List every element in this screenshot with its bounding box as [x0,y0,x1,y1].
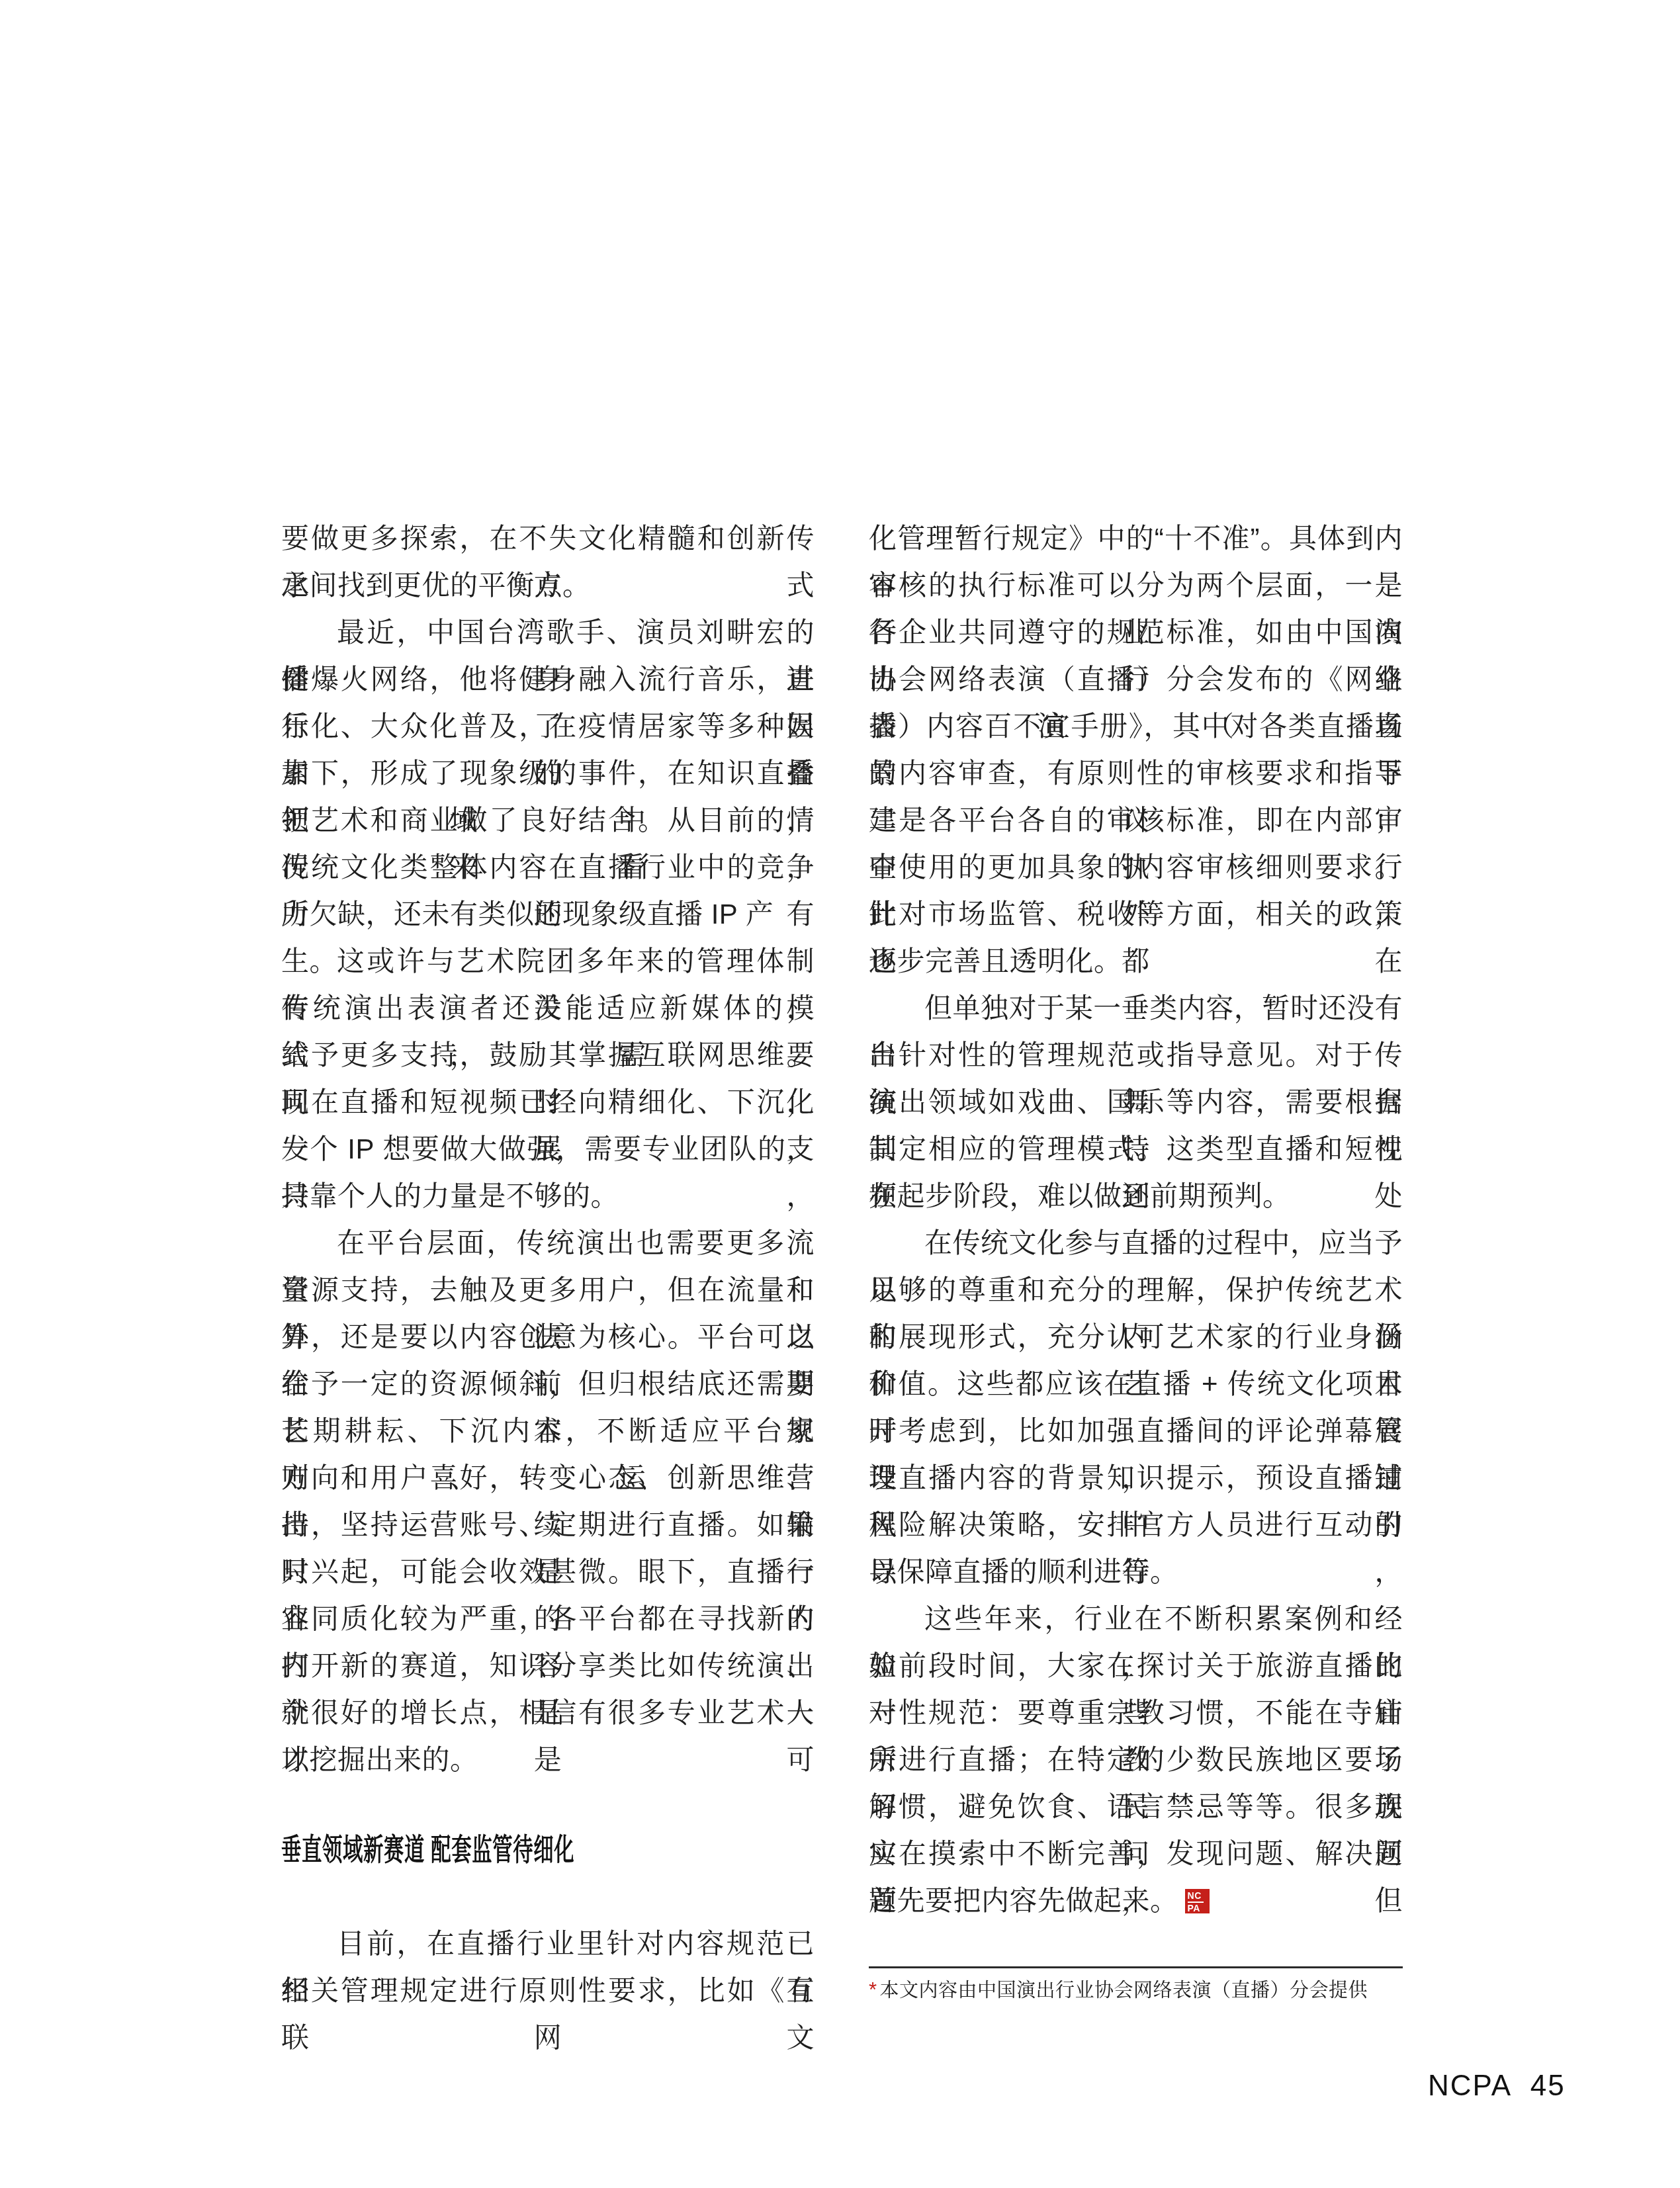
text-line: 要做更多探索，在不失文化精髓和创新传承方式 [281,515,815,562]
text-line: 协会网络表演（直播）分会发布的《网络表演（直 [869,656,1403,703]
text-line: 方向和用户喜好，转变心态、创新思维、持续输 [281,1454,815,1501]
text-line: 长期耕耘、下沉内容，不断适应平台规则、运营 [281,1407,815,1454]
ncpa-end-mark-bottom: PA [1188,1904,1210,1913]
right-column-text: 化管理暂行规定》中的“十不准”。具体到内容审核的执行标准可以分为两个层面，一是行… [869,515,1403,1924]
text-line: 习惯，避免饮食、语言禁忌等等。很多现实问题 [869,1783,1403,1830]
text-line: 中使用的更加具象的内容审核细则要求。此外， [869,844,1403,891]
text-line: 演出领域如戏曲、国乐等内容，需要根据其特性 [869,1078,1403,1125]
text-line: 目前，在直播行业里针对内容规范已经有 [281,1920,815,1967]
text-line: 在传统文化参与直播的过程中，应当予以 [869,1219,1403,1266]
footnote: *本文内容由中国演出行业协会网络表演（直播）分会提供 [869,1966,1403,2005]
text-line: 这些年来，行业在不断积累案例和经验，比 [869,1595,1403,1642]
text-line: 打开新的赛道，知识分享类比如传统演出就是一 [281,1642,815,1689]
text-line: 容同质化较为严重，各平台都在寻找新的内容、 [281,1595,815,1642]
left-column: 要做更多探索，在不失文化精髓和创新传承方式之间找到更优的平衡点。最近，中国台湾歌… [281,515,815,2014]
text-line: 针对市场监管、税收等方面，相关的政策也都在 [869,891,1403,938]
text-line: 最近，中国台湾歌手、演员刘畊宏的健身直 [281,609,815,656]
page-number: NCPA 45 [1428,2070,1566,2103]
text-line: 个很好的增长点，相信有很多专业艺术人才是可 [281,1689,815,1736]
text-line: 化管理暂行规定》中的“十不准”。具体到内容 [869,515,1403,562]
text-line: 价值。这些都应该在直播 + 传统文化项目开展 [869,1360,1403,1407]
footnote-divider [869,1966,1403,1968]
text-line: 这或许与艺术院团多年来的管理体制有关， [281,938,815,985]
text-line: 在平台层面，传统演出也需要更多流量和 [281,1219,815,1266]
left-column-text: 要做更多探索，在不失文化精髓和创新传承方式之间找到更优的平衡点。最近，中国台湾歌… [281,515,815,1783]
text-line: 审核的执行标准可以分为两个层面，一是行业内 [869,562,1403,609]
text-line: 风险解决策略，安排官方人员进行互动引导等， [869,1501,1403,1548]
ncpa-end-mark-top: NC [1188,1891,1204,1903]
text-line: 现在直播和短视频已经向精细化、下沉化发展， [281,1078,815,1125]
text-line: 出，坚持运营账号、定期进行直播。如果只是一 [281,1501,815,1548]
left-column-text-after-heading: 目前，在直播行业里针对内容规范已经有相关管理规定进行原则性要求，比如《互联网文 [281,1920,815,2014]
text-line: 给予更多支持，鼓励其掌握互联网思维。同时， [281,1031,815,1078]
text-line: 所欠缺，还未有类似的现象级直播 IP 产生。 [281,891,815,938]
ncpa-end-mark: NCPA [1185,1889,1210,1913]
text-line: 传统文化类整体内容在直播行业中的竞争力还有 [281,844,815,891]
footnote-text: *本文内容由中国演出行业协会网络表演（直播）分会提供 [869,1976,1403,2005]
text-line: 一个 IP 想要做大做强，需要专业团队的支持， [281,1125,815,1172]
text-line: 时兴起，可能会收效甚微。眼下，直播行业的内 [281,1548,815,1595]
text-line: 把艺术和商业做了良好结合。从目前的情况来看， [281,797,815,844]
text-line: 时考虑到，比如加强直播间的评论弹幕管理，铺 [869,1407,1403,1454]
text-line: 如前段时间，大家在探讨关于旅游直播的一些针 [869,1642,1403,1689]
text-line: 所进行直播；在特定的少数民族地区要了解民族 [869,1736,1403,1783]
footnote-credit: 本文内容由中国演出行业协会网络表演（直播）分会提供 [880,1980,1368,2001]
right-column: 化管理暂行规定》中的“十不准”。具体到内容审核的执行标准可以分为两个层面，一是行… [869,515,1403,1924]
text-line: 资源支持，去触及更多用户，但在流量和算法之 [281,1266,815,1313]
text-line: 足够的尊重和充分的理解，保护传统艺术的内涵 [869,1266,1403,1313]
text-line: 二是各平台各自的审核标准，即在内部审查执行 [869,797,1403,844]
text-line: 给予一定的资源倾斜，但归根结底还需要艺术家 [281,1360,815,1407]
footnote-asterisk: * [869,1978,877,2001]
text-line: 制定相应的管理模式。这类型直播和短视频还处 [869,1125,1403,1172]
text-line: 设直播内容的背景知识提示，预设直播过程中的 [869,1454,1403,1501]
magazine-page: 要做更多探索，在不失文化精髓和创新传承方式之间找到更优的平衡点。最近，中国台湾歌… [0,0,1680,2188]
text-line: 播）内容百不宜手册》，其中对各类直播场景下 [869,703,1403,750]
section-heading: 垂直领域新赛道 配套监管待细化 [281,1826,574,1873]
text-line: 外，还是要以内容创意为核心。平台可以在前期 [281,1313,815,1360]
text-line: 应在摸索中不断完善，发现问题、解决问题，但 [869,1830,1403,1877]
text-line: 播爆火网络，他将健身融入流行音乐，进行了娱 [281,656,815,703]
text-line: 各企业共同遵守的规范标准，如由中国演出行业 [869,609,1403,656]
text-line: 但单独对于某一垂类内容，暂时还没有出 [869,985,1403,1031]
text-line: 台针对性的管理规范或指导意见。对于传统舞台 [869,1031,1403,1078]
text-line: 的内容审查，有原则性的审核要求和指导建议； [869,750,1403,797]
text-line: 相关管理规定进行原则性要求，比如《互联网文 [281,1967,815,2014]
text-line: 加下，形成了现象级的事件，在知识直播领域中， [281,750,815,797]
text-line: 对性规范：要尊重宗教习惯，不能在寺庙宗教场 [869,1689,1403,1736]
text-line: 和展现形式，充分认可艺术家的行业身份和艺术 [869,1313,1403,1360]
text-line: 乐化、大众化普及，在疫情居家等多种因素的叠 [281,703,815,750]
text-line: 传统演出表演者还没能适应新媒体的模式，需要 [281,985,815,1031]
